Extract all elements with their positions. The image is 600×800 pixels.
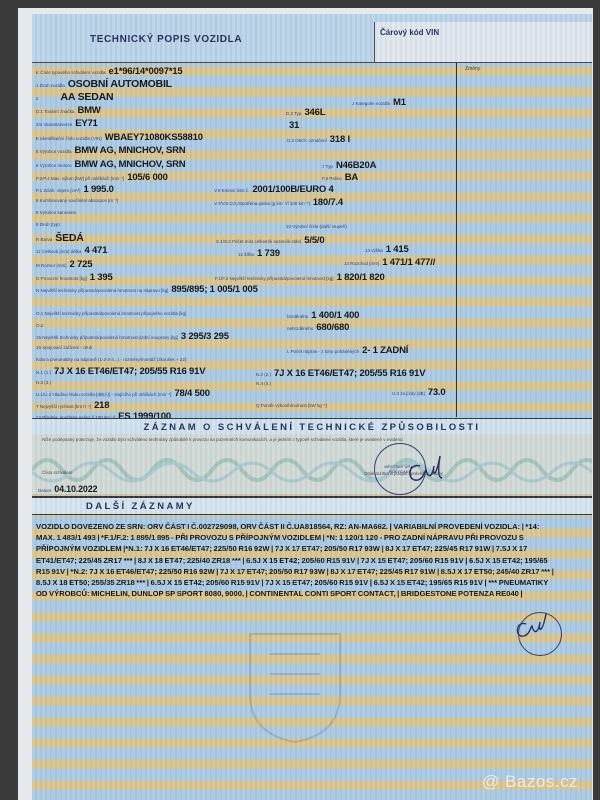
field-trailer-unbraked: nebrzděného680/680 <box>287 322 349 333</box>
field-combo-weight: 15 Největší technicky přípustná/povolená… <box>36 331 229 342</box>
guilloche-pattern <box>32 450 592 490</box>
field-power-weight: Q Poměr výkon/hmotnost [kW kg⁻¹] <box>256 403 330 409</box>
field-make: D.1 Tovární značkaBMW <box>36 105 101 116</box>
field-variant: 3/4 Varianta/verzeEY71 <box>36 118 98 129</box>
field-max-speed: T Nejvyšší rychlost [km h⁻¹]218 <box>36 400 109 411</box>
approval-section: Níže podepsaný potvrzuje, že vozidlo byl… <box>32 434 592 494</box>
changes-column: Změny <box>456 62 592 417</box>
changes-label: Změny <box>465 66 480 72</box>
field-length: 11 Celková [mm] délka4 471 <box>36 245 107 256</box>
document-title: TECHNICKÝ POPIS VOZIDLA <box>90 34 242 45</box>
field-absorption: 9 Kombinovaný součinitel absorpce [m⁻¹] <box>36 198 121 204</box>
field-engine-type: 7 TypN46B20A <box>322 160 376 171</box>
field-tyres-note: Kola a pneumatiky na nápravě (1-2-3-4...… <box>36 357 189 362</box>
vin-barcode-label: Čárový kód VIN <box>372 28 500 37</box>
field-variant-number: 31 <box>289 120 299 131</box>
field-displacement: P.1 Zdvih. objem [cm³]1 995.0 <box>36 184 114 195</box>
field-manufacturer: 5 Výrobce vozidlaBMW AG, MNICHOV, SRN <box>36 145 185 156</box>
field-o2: O.2 <box>36 323 46 328</box>
field-track: 14 Rozchod [mm]1 471/1 477// <box>344 257 435 268</box>
vehicle-technical-document: TECHNICKÝ POPIS VOZIDLA Čárový kód VIN Z… <box>32 14 592 800</box>
field-max-weight: F.1/F.2 Největší technicky přípustná/pov… <box>215 272 385 283</box>
field-co2-consumption: V.7/V.8 CO₂/Spotřeba paliva [g km⁻¹/l 10… <box>214 197 343 208</box>
field-coupling: 16 Spojovací zařízení - druh <box>36 345 95 350</box>
field-body-maker: 8 Výrobce karoserie <box>36 210 79 215</box>
field-tyre-n1: N.1 (1.)7J X 16 ET46/ET47; 205/55 R16 91… <box>36 366 205 377</box>
field-noise-driving: U.3 za jízdy [dB]73.0 <box>392 387 445 398</box>
field-approval-number: K Číslo typového schválení vozidlae1*96/… <box>36 66 182 77</box>
notes-signature-icon <box>510 612 556 642</box>
field-axle-weight: N Největší technicky přípustná/povolená … <box>36 284 258 295</box>
field-tyre-n2: N.2 (2.)7J X 16 ET46/ET47; 205/55 R16 91… <box>256 368 425 379</box>
field-vehicle-type: 1 Druh vozidlaOSOBNÍ AUTOMOBIL <box>36 78 172 90</box>
field-seats: S.1/S.2 Počet míst celkem/k sezení/k stá… <box>216 235 324 246</box>
field-trade-name: D.3 Obch. označení318 I <box>287 134 350 145</box>
state-emblem-watermark <box>240 624 350 744</box>
field-emission-limit: V.9 Emisní limit č.2001/100B/EURO 4 <box>214 184 334 195</box>
field-fuel: P.3 PalivoBA <box>322 172 358 183</box>
field-curb-weight: G Provozní hmotnost [kg]1 395 <box>36 272 113 283</box>
field-trailer-braked: brzděného1 400/1 400 <box>287 310 359 321</box>
notes-section-header: DALŠÍ ZÁZNAMY <box>32 497 592 515</box>
approval-statement: Níže podepsaný potvrzuje, že vozidlo byl… <box>42 437 403 442</box>
approval-date: Datum04.10.2022 <box>38 484 97 494</box>
notes-text: VOZIDLO DOVEZENO ZE SRN: ORV ČÁST I Č.00… <box>36 521 556 599</box>
field-category: J Kategorie vozidlaM1 <box>352 97 406 108</box>
field-tyre-n3: N.3 (3.) <box>36 380 54 385</box>
field-power: P.2/P.4 Max. výkon [kW] při otáčkách [mi… <box>36 172 168 183</box>
field-width: 12 šířka1 739 <box>238 248 280 259</box>
field-body: 2AA SEDAN <box>36 91 113 103</box>
signature-icon <box>402 452 452 486</box>
field-body-kind: 9 Druh (typ) <box>36 222 63 227</box>
field-o1: O.1 Největší technicky přípustná/povolen… <box>36 311 189 316</box>
watermark: @ Bazos.cz <box>482 772 578 792</box>
field-type-code: D.2 Typ346L <box>286 107 325 118</box>
field-axles: L Počet náprav - z toho poháněných2- 1 Z… <box>287 345 408 356</box>
field-wheelbase: M Rozvor [mm]2 725 <box>36 259 92 270</box>
field-height: 13 výška1 415 <box>365 244 409 255</box>
field-engine-maker: 6 Výrobce motoruBMW AG, MNICHOV, SRN <box>36 159 185 170</box>
field-noise: U.1/U.2 Hladina hluku vozidla [dB(A)] - … <box>36 388 210 399</box>
field-body-serial: 10 Výrobní číslo (další stupeň) <box>286 224 350 229</box>
field-vin: E Identifikační číslo vozidla (VIN)WBAEY… <box>36 132 203 143</box>
field-tyre-n4: N.4 (4.) <box>256 381 274 386</box>
field-color: R BarvaŠEDÁ <box>36 232 84 244</box>
approval-number-label: Číslo schválení <box>42 470 73 475</box>
